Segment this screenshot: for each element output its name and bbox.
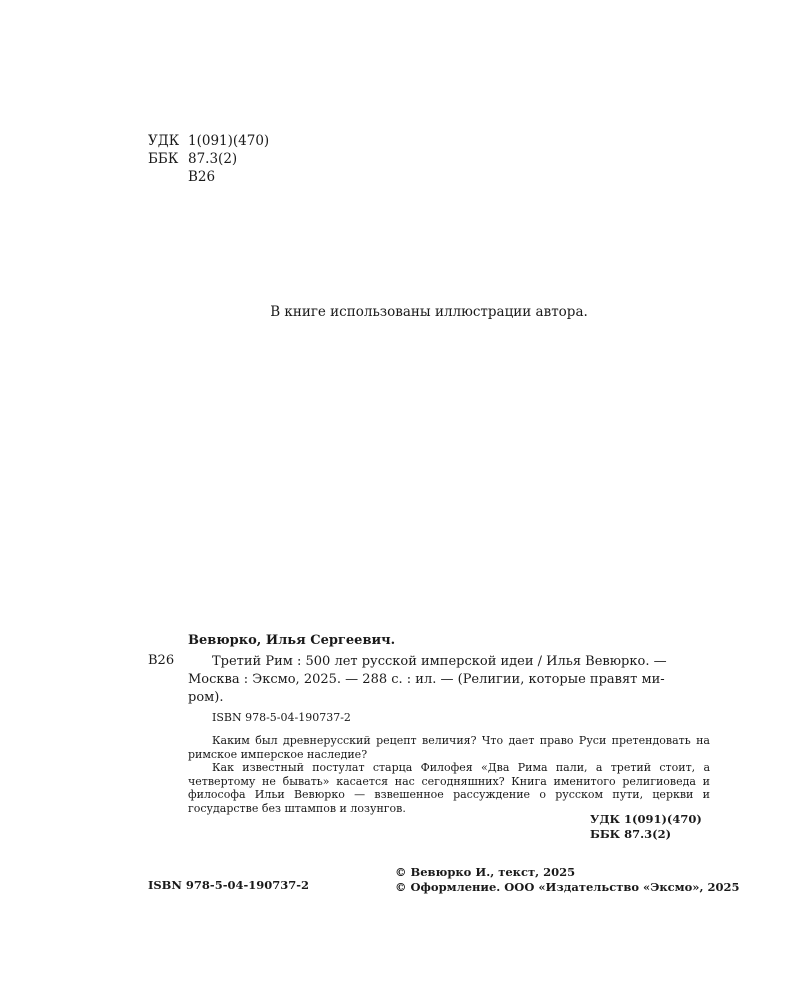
illustrations-note: В книге использованы иллюстрации автора. (0, 304, 800, 320)
record-udk: УДК 1(091)(470) (590, 812, 702, 827)
abstract-paragraph-2: Как известный постулат старца Филофея «Д… (188, 761, 710, 815)
abstract-paragraph-1: Каким был древнерусский рецепт величия? … (188, 734, 710, 761)
bbk-value: 87.3(2) (188, 150, 237, 168)
copyright-block: © Вевюрко И., текст, 2025 © Оформление. … (395, 865, 740, 895)
classification-codes: УДК 1(091)(470) ББК 87.3(2) В26 (148, 132, 269, 186)
copyright-text: © Вевюрко И., текст, 2025 (395, 865, 740, 880)
abstract: Каким был древнерусский рецепт величия? … (188, 734, 710, 816)
bibliographic-description: Третий Рим : 500 лет русской имперской и… (188, 653, 710, 707)
record-isbn: ISBN 978-5-04-190737-2 (212, 711, 351, 724)
record-bbk: ББК 87.3(2) (590, 827, 702, 842)
record-author: Вевюрко, Илья Сергеевич. (188, 633, 395, 648)
bbk-label: ББК (148, 150, 188, 168)
description-line-2: Москва : Эксмо, 2025. — 288 с. : ил. — (… (188, 671, 710, 689)
description-line-1: Третий Рим : 500 лет русской имперской и… (188, 653, 710, 671)
record-codes: УДК 1(091)(470) ББК 87.3(2) (590, 812, 702, 842)
udk-label: УДК (148, 132, 188, 150)
udk-value: 1(091)(470) (188, 132, 269, 150)
description-line-3: ром). (188, 689, 710, 707)
record-author-mark: В26 (148, 653, 174, 668)
footer-isbn: ISBN 978-5-04-190737-2 (148, 878, 309, 892)
copyright-design: © Оформление. ООО «Издательство «Эксмо»,… (395, 880, 740, 895)
author-mark: В26 (188, 168, 215, 186)
